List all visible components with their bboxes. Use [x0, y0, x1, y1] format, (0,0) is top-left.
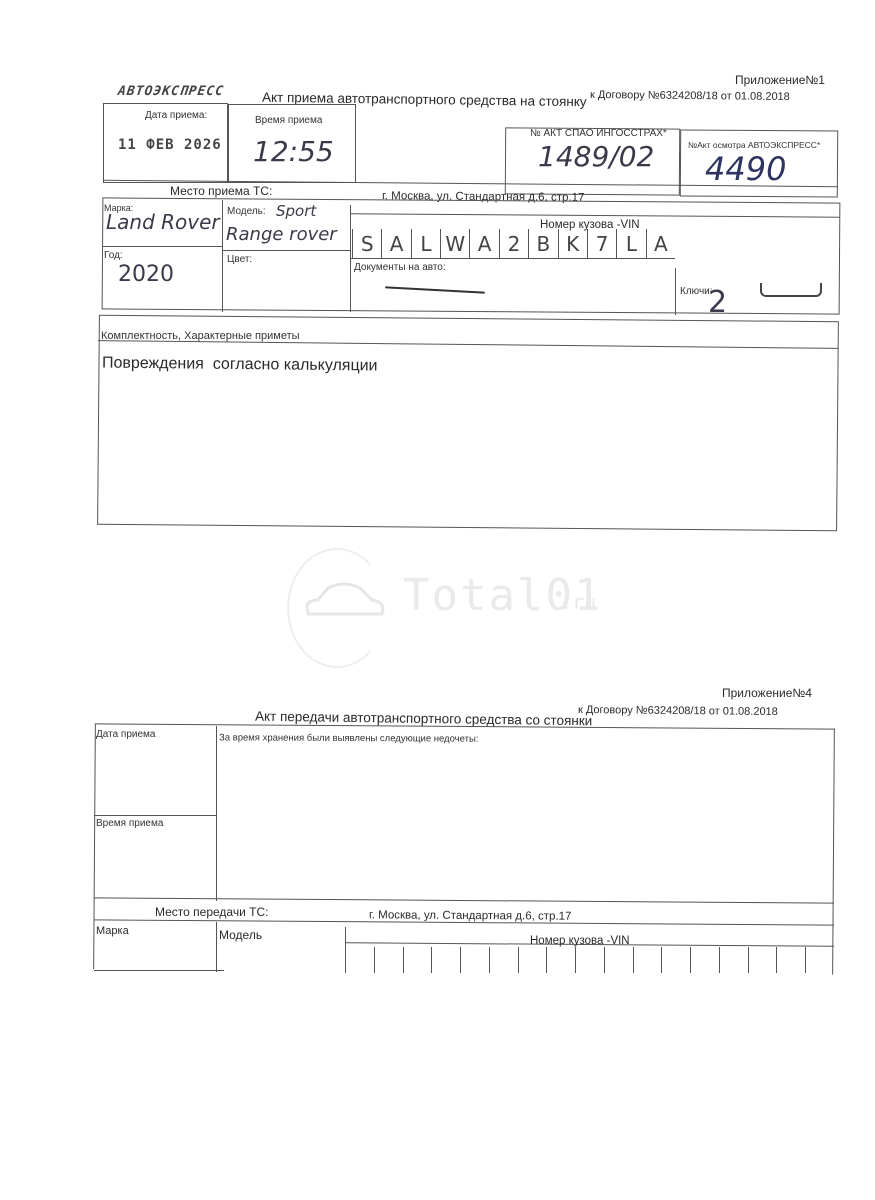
- keys-bracket-mark: [760, 283, 822, 297]
- defects-grid: [93, 723, 835, 974]
- contract-reference-1: к Договору №6324208/18 от 01.08.2018: [590, 89, 790, 103]
- autoexpress-act-value: 4490: [705, 150, 786, 188]
- autoexpress-logo-stamp: АВТОЭКСПРЕСС: [117, 84, 225, 99]
- contract-reference-4: к Договору №6324208/18 от 01.08.2018: [578, 704, 778, 718]
- form4-make-label: Марка: [96, 925, 129, 937]
- year-label: Год:: [104, 250, 123, 261]
- vin-empty-cell: [748, 947, 777, 973]
- time-label: Время приема: [255, 115, 322, 126]
- vin-char-cell: A: [381, 229, 410, 259]
- vin-empty-cell: [431, 947, 460, 973]
- make-value: Land Rover: [106, 210, 220, 234]
- car-icon: [300, 580, 390, 630]
- vin-empty-cell: [489, 947, 518, 973]
- form4-time-label: Время приема: [96, 818, 163, 829]
- vin-char-cell: L: [616, 229, 645, 259]
- appendix-1-label: Приложение№1: [735, 73, 825, 87]
- vin-char-cell: 2: [499, 229, 528, 259]
- vin-char-cell: S: [352, 229, 381, 259]
- vin-empty-cell: [633, 947, 662, 973]
- form4-date-label: Дата приема: [96, 729, 155, 740]
- vin-empty-cell: [776, 947, 805, 973]
- equipment-value: Повреждения согласно калькуляции: [102, 355, 378, 376]
- equipment-label: Комплектность, Характерные приметы: [101, 330, 300, 342]
- ingos-act-value: 1489/02: [538, 140, 654, 173]
- defects-label: За время хранения были выявлены следующи…: [219, 732, 478, 744]
- vin-empty-cell: [805, 947, 834, 973]
- keys-value: 2: [708, 285, 727, 320]
- watermark-suffix: .ru: [560, 590, 596, 614]
- form4-place-value: г. Москва, ул. Стандартная д.6, стр.17: [369, 909, 571, 922]
- vin-empty-cell: [575, 947, 604, 973]
- form4-model-label: Модель: [219, 928, 262, 942]
- date-label: Дата приема:: [145, 110, 207, 121]
- vin-char-cell: A: [646, 229, 675, 259]
- year-value: 2020: [118, 262, 174, 287]
- model-value: Range rover: [226, 224, 337, 245]
- form4-vin-cells: [345, 947, 834, 973]
- vin-empty-cell: [604, 947, 633, 973]
- vin-empty-cell: [403, 947, 432, 973]
- vin-char-cell: L: [411, 229, 440, 259]
- vin-empty-cell: [374, 947, 403, 973]
- appendix-4-label: Приложение№4: [722, 686, 812, 700]
- vin-char-cell: A: [469, 229, 498, 259]
- autoexpress-act-label: №Акт осмотра АВТОЭКСПРЕСС*: [688, 140, 820, 150]
- vin-empty-cell: [518, 947, 547, 973]
- model-value-top: Sport: [276, 202, 316, 220]
- docs-label: Документы на авто:: [354, 262, 446, 273]
- vin-char-cell: B: [528, 229, 557, 259]
- model-label: Модель:: [227, 206, 266, 217]
- vin-empty-cell: [719, 947, 748, 973]
- vin-char-cell: 7: [587, 229, 616, 259]
- form4-vin-label: Номер кузова -VIN: [530, 935, 630, 947]
- time-value: 12:55: [253, 135, 334, 168]
- ingos-act-label: № АКТ СПАО ИНГОССТРАХ*: [530, 128, 667, 139]
- vin-char-cell: W: [440, 229, 469, 259]
- vin-empty-cell: [460, 947, 489, 973]
- form4-place-label: Место передачи ТС:: [155, 905, 268, 919]
- color-label: Цвет:: [227, 254, 252, 265]
- vin-empty-cell: [661, 947, 690, 973]
- vin-empty-cell: [690, 947, 719, 973]
- vin-cells: SALWA2BK7LA: [352, 229, 675, 259]
- vin-char-cell: K: [558, 229, 587, 259]
- date-stamp-value: 11 ФЕВ 2026: [118, 137, 222, 153]
- vin-empty-cell: [546, 947, 575, 973]
- vin-empty-cell: [345, 947, 374, 973]
- place-label: Место приема ТС:: [170, 184, 272, 198]
